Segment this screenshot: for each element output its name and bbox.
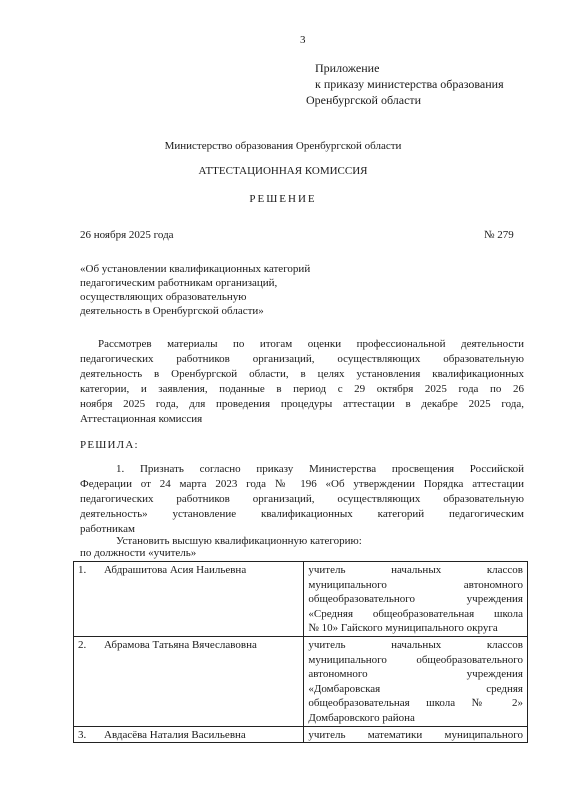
document-type: РЕШЕНИЕ — [0, 192, 566, 207]
paragraph-line: Федерации от 24 марта 2023 года № 196 «О… — [80, 477, 524, 492]
paragraph-line: Рассмотрев материалы по итогам оценки пр… — [80, 337, 524, 352]
paragraph-line: ноября 2025 года, для проведения процеду… — [80, 397, 524, 412]
workplace-line: учитель начальных классов — [308, 563, 523, 578]
workplace-line: общеобразовательная школа № 2» — [308, 696, 523, 711]
document-date: 26 ноября 2025 года — [80, 228, 174, 243]
workplace-line: № 10» Гайского муниципального округа — [308, 621, 523, 636]
title-line: «Об установлении квалификационных катего… — [80, 262, 310, 276]
resolved-heading: РЕШИЛА: — [80, 438, 139, 453]
workplace-line: «Домбаровская средняя — [308, 682, 523, 697]
workplace-line: учитель начальных классов — [308, 638, 523, 653]
paragraph-line: деятельность в Оренбургской области, в ц… — [80, 367, 524, 382]
preamble-paragraph: Рассмотрев материалы по итогам оценки пр… — [80, 337, 524, 427]
appendix-line: к приказу министерства образования — [306, 76, 504, 92]
workplace-line: «Средняя общеобразовательная школа — [308, 607, 523, 622]
row-number: 1. — [78, 563, 104, 578]
document-number: № 279 — [484, 228, 514, 243]
teacher-name-cell: 1.Абдрашитова Асия Наильевна — [74, 562, 304, 637]
appendix-note: Приложение к приказу министерства образо… — [306, 60, 504, 108]
paragraph-line: деятельность» установление квалификацион… — [80, 507, 524, 522]
workplace-line: автономного учреждения — [308, 667, 523, 682]
paragraph-line: категории, и заявления, поданные в перио… — [80, 382, 524, 397]
teacher-workplace-cell: учитель начальных классовмуниципального … — [304, 636, 528, 726]
table-row: 1.Абдрашитова Асия Наильевнаучитель нача… — [74, 562, 528, 637]
workplace-line: общеобразовательного учреждения — [308, 592, 523, 607]
teacher-workplace-cell: учитель математики муниципального — [304, 726, 528, 743]
position-label: по должности «учитель» — [80, 546, 196, 561]
teacher-name-cell: 3.Авдасёва Наталия Васильевна — [74, 726, 304, 743]
workplace-line: муниципального общеобразовательного — [308, 653, 523, 668]
table-row: 2.Абрамова Татьяна Вячеславовнаучитель н… — [74, 636, 528, 726]
paragraph-line: Аттестационная комиссия — [80, 412, 524, 427]
title-line: деятельность в Оренбургской области» — [80, 304, 310, 318]
row-number: 3. — [78, 728, 104, 743]
workplace-line: учитель математики муниципального — [308, 728, 523, 743]
paragraph-line: 1. Признать согласно приказу Министерств… — [80, 462, 524, 477]
paragraph-line: педагогических работников организаций, о… — [80, 352, 524, 367]
workplace-line: Домбаровского района — [308, 711, 523, 726]
appendix-line: Приложение — [306, 60, 504, 76]
commission-name: АТТЕСТАЦИОННАЯ КОМИССИЯ — [0, 164, 566, 179]
resolution-item-1: 1. Признать согласно приказу Министерств… — [80, 462, 524, 537]
title-line: педагогическим работникам организаций, — [80, 276, 310, 290]
teacher-name: Абдрашитова Асия Наильевна — [104, 564, 246, 576]
paragraph-line: педагогических работников организаций, о… — [80, 492, 524, 507]
workplace-line: муниципального автономного — [308, 578, 523, 593]
page-number: 3 — [300, 33, 306, 48]
teachers-table: 1.Абдрашитова Асия Наильевнаучитель нача… — [73, 561, 528, 743]
table-row: 3.Авдасёва Наталия Васильевнаучитель мат… — [74, 726, 528, 743]
teacher-workplace-cell: учитель начальных классовмуниципального … — [304, 562, 528, 637]
ministry-name: Министерство образования Оренбургской об… — [0, 139, 566, 154]
title-line: осуществляющих образовательную — [80, 290, 310, 304]
row-number: 2. — [78, 638, 104, 653]
appendix-line: Оренбургской области — [306, 92, 504, 108]
document-title: «Об установлении квалификационных катего… — [80, 262, 310, 318]
teacher-name-cell: 2.Абрамова Татьяна Вячеславовна — [74, 636, 304, 726]
teacher-name: Авдасёва Наталия Васильевна — [104, 729, 246, 741]
teacher-name: Абрамова Татьяна Вячеславовна — [104, 639, 257, 651]
